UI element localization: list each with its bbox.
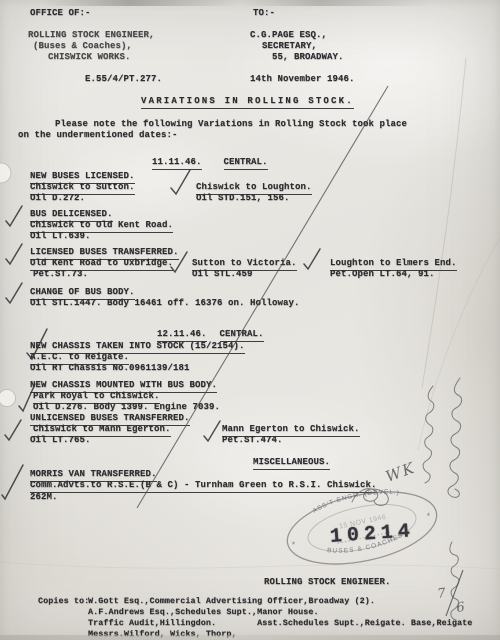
recipient-line: 55, BROADWAY.	[272, 52, 344, 63]
sender-address-line: (Buses & Coaches),	[33, 41, 132, 52]
stamp-star-left: *	[291, 539, 297, 550]
vehicle-detail: Oil D.272.	[30, 193, 85, 204]
punch-hole	[0, 390, 16, 407]
vehicle-detail: Pet.ST.474.	[222, 435, 283, 446]
vehicle-detail: Oil STD.151, 156.	[196, 193, 290, 204]
recipient-line: SECRETARY,	[262, 41, 317, 52]
office-of-label: OFFICE OF:-	[30, 8, 91, 19]
reference-number: E.55/4/PT.277.	[85, 74, 162, 85]
route-entry: Comm.Advts.to R.S.E.(B & C) - Turnham Gr…	[30, 480, 377, 493]
vehicle-detail: Oil RT Chassis No.0961139/181	[30, 363, 190, 374]
sender-address-line: CHISWICK WORKS.	[48, 52, 131, 63]
section-region: CENTRAL.	[224, 157, 268, 170]
section-heading: 12.11.46.CENTRAL.	[157, 329, 264, 342]
fraction-denominator: 6	[455, 600, 465, 616]
signature-title: ROLLING STOCK ENGINEER.	[264, 577, 391, 588]
intro-text-line: Please note the following Variations in …	[55, 119, 407, 130]
sender-address-line: ROLLING STOCK ENGINEER,	[28, 30, 155, 41]
checkmark-icon	[2, 465, 23, 499]
scanned-letter-page: OFFICE OF:- TO:- ROLLING STOCK ENGINEER,…	[0, 0, 500, 640]
paper-crease	[422, 58, 466, 388]
handwriting-squiggle	[448, 378, 462, 497]
handwriting-squiggle	[423, 386, 434, 483]
checkmark-icon	[204, 421, 220, 441]
copies-line: Messrs.Wilford, Wicks, Thorp,	[88, 629, 237, 640]
checkmark-icon	[171, 170, 190, 194]
vehicle-detail: Pet.ST.73.	[33, 269, 88, 280]
copies-line: W.Gott Esq.,Commercial Advertising Offic…	[88, 596, 375, 607]
copies-label: Copies to:	[38, 596, 89, 607]
section-region: CENTRAL.	[220, 329, 264, 342]
copies-line: Traffic Audit,Hillingdon. Asst.Schedules…	[88, 618, 472, 629]
checkmark-icon	[6, 244, 22, 264]
vehicle-detail: Oil STL.459	[192, 269, 253, 280]
handwritten-initials: WK	[383, 458, 418, 485]
vehicle-detail: 262M.	[30, 492, 58, 503]
fraction-numerator: 7	[436, 586, 447, 602]
paper-crease	[0, 562, 500, 569]
checkmark-icon	[6, 283, 22, 303]
copies-line: A.F.Andrews Esq.,Schedules Supt.,Manor H…	[88, 607, 319, 618]
punch-hole	[0, 163, 11, 183]
stamp-number: 10214	[329, 520, 415, 549]
vehicle-detail: Oil LT.765.	[30, 435, 91, 446]
vehicle-detail: Oil STL.1447. Body 16461 off. 16376 on. …	[30, 298, 300, 309]
fraction-slash	[446, 570, 463, 616]
section-heading: 11.11.46.CENTRAL.	[152, 157, 268, 170]
document-title: VARIATIONS IN ROLLING STOCK.	[141, 96, 354, 109]
to-label: TO:-	[253, 8, 275, 19]
misc-heading: MISCELLANEOUS.	[253, 457, 330, 470]
vehicle-detail: Oil LT.639.	[30, 231, 91, 242]
recipient-line: C.G.PAGE ESQ.,	[250, 30, 327, 41]
section-date: 11.11.46.	[152, 157, 202, 170]
vehicle-detail: Oil D.276. Body 1399. Engine 7039.	[33, 402, 220, 413]
section-date: 12.11.46.	[157, 329, 207, 342]
handwriting-squiggle	[450, 542, 459, 620]
letter-date: 14th November 1946.	[250, 74, 355, 85]
vehicle-detail: Pet.Open LT.64, 91.	[330, 269, 435, 280]
checkmark-icon	[5, 420, 21, 440]
checkmark-icon	[304, 249, 320, 269]
checkmark-icon	[6, 206, 22, 226]
intro-text-line: on the undermentioned dates:-	[18, 130, 178, 141]
stamp-star-right: *	[426, 511, 432, 522]
